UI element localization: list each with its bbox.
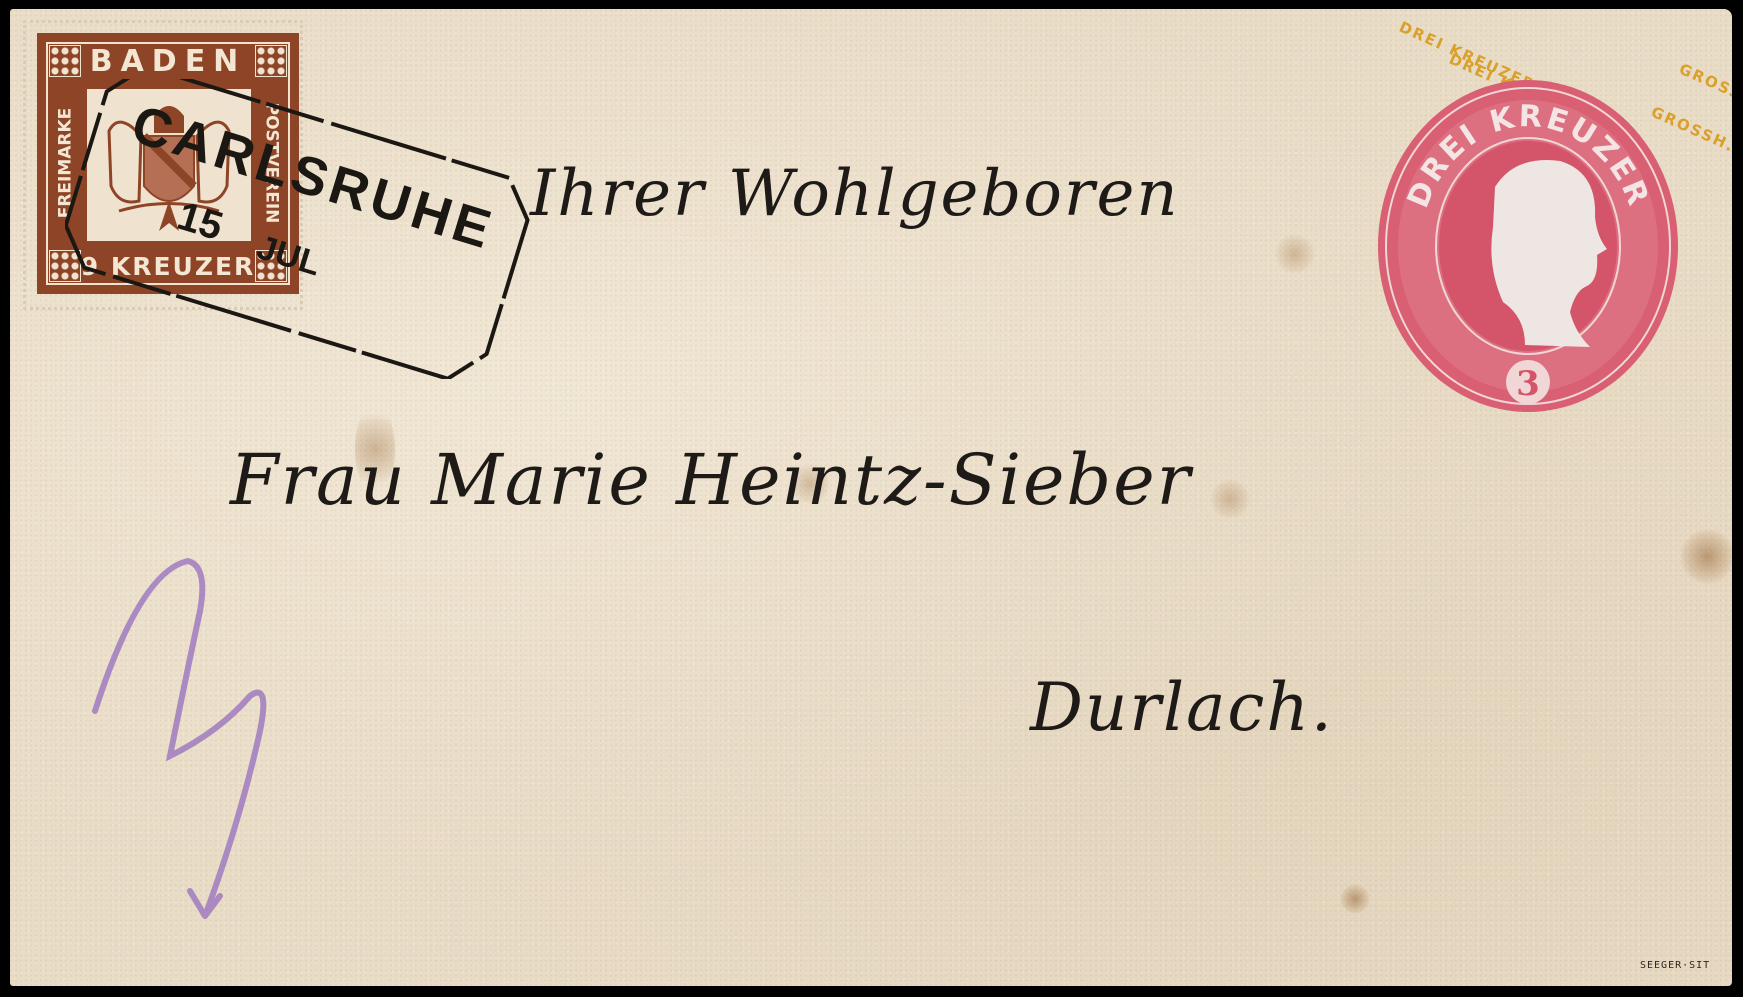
stamp-side-right: POSTVEREIN (255, 93, 287, 233)
rosette-icon (49, 250, 81, 282)
embossed-indicia: DREI KREUZER 3 (1375, 77, 1682, 415)
envelope: DREI KREUZER DREI KREUZER GROSSH. GROSSH… (10, 9, 1732, 986)
ink-stain (790, 464, 830, 504)
ink-stain (1680, 529, 1732, 584)
ink-stain (1275, 234, 1315, 274)
adhesive-stamp: BADEN 9 KREUZER FREIMARKE POSTVEREIN (23, 20, 303, 310)
portrait-icon: DREI KREUZER 3 (1375, 77, 1682, 415)
purple-crayon-mark (80, 531, 320, 931)
stamp-country: BADEN (79, 43, 257, 79)
rosette-icon (49, 45, 81, 77)
ink-stain (1210, 479, 1250, 519)
printer-imprint: SEEGER·SIT (1640, 960, 1710, 971)
stamp-value: 9 KREUZER (79, 248, 257, 284)
stamp-face: BADEN 9 KREUZER FREIMARKE POSTVEREIN (37, 33, 299, 294)
stamp-side-left: FREIMARKE (49, 93, 81, 233)
ink-stain (355, 404, 395, 494)
ink-stain (1340, 884, 1370, 914)
rosette-icon (255, 250, 287, 282)
coat-of-arms-icon (87, 89, 251, 241)
svg-text:3: 3 (1516, 364, 1540, 404)
rosette-icon (255, 45, 287, 77)
underprint-line: GROSSH. (1676, 60, 1732, 113)
